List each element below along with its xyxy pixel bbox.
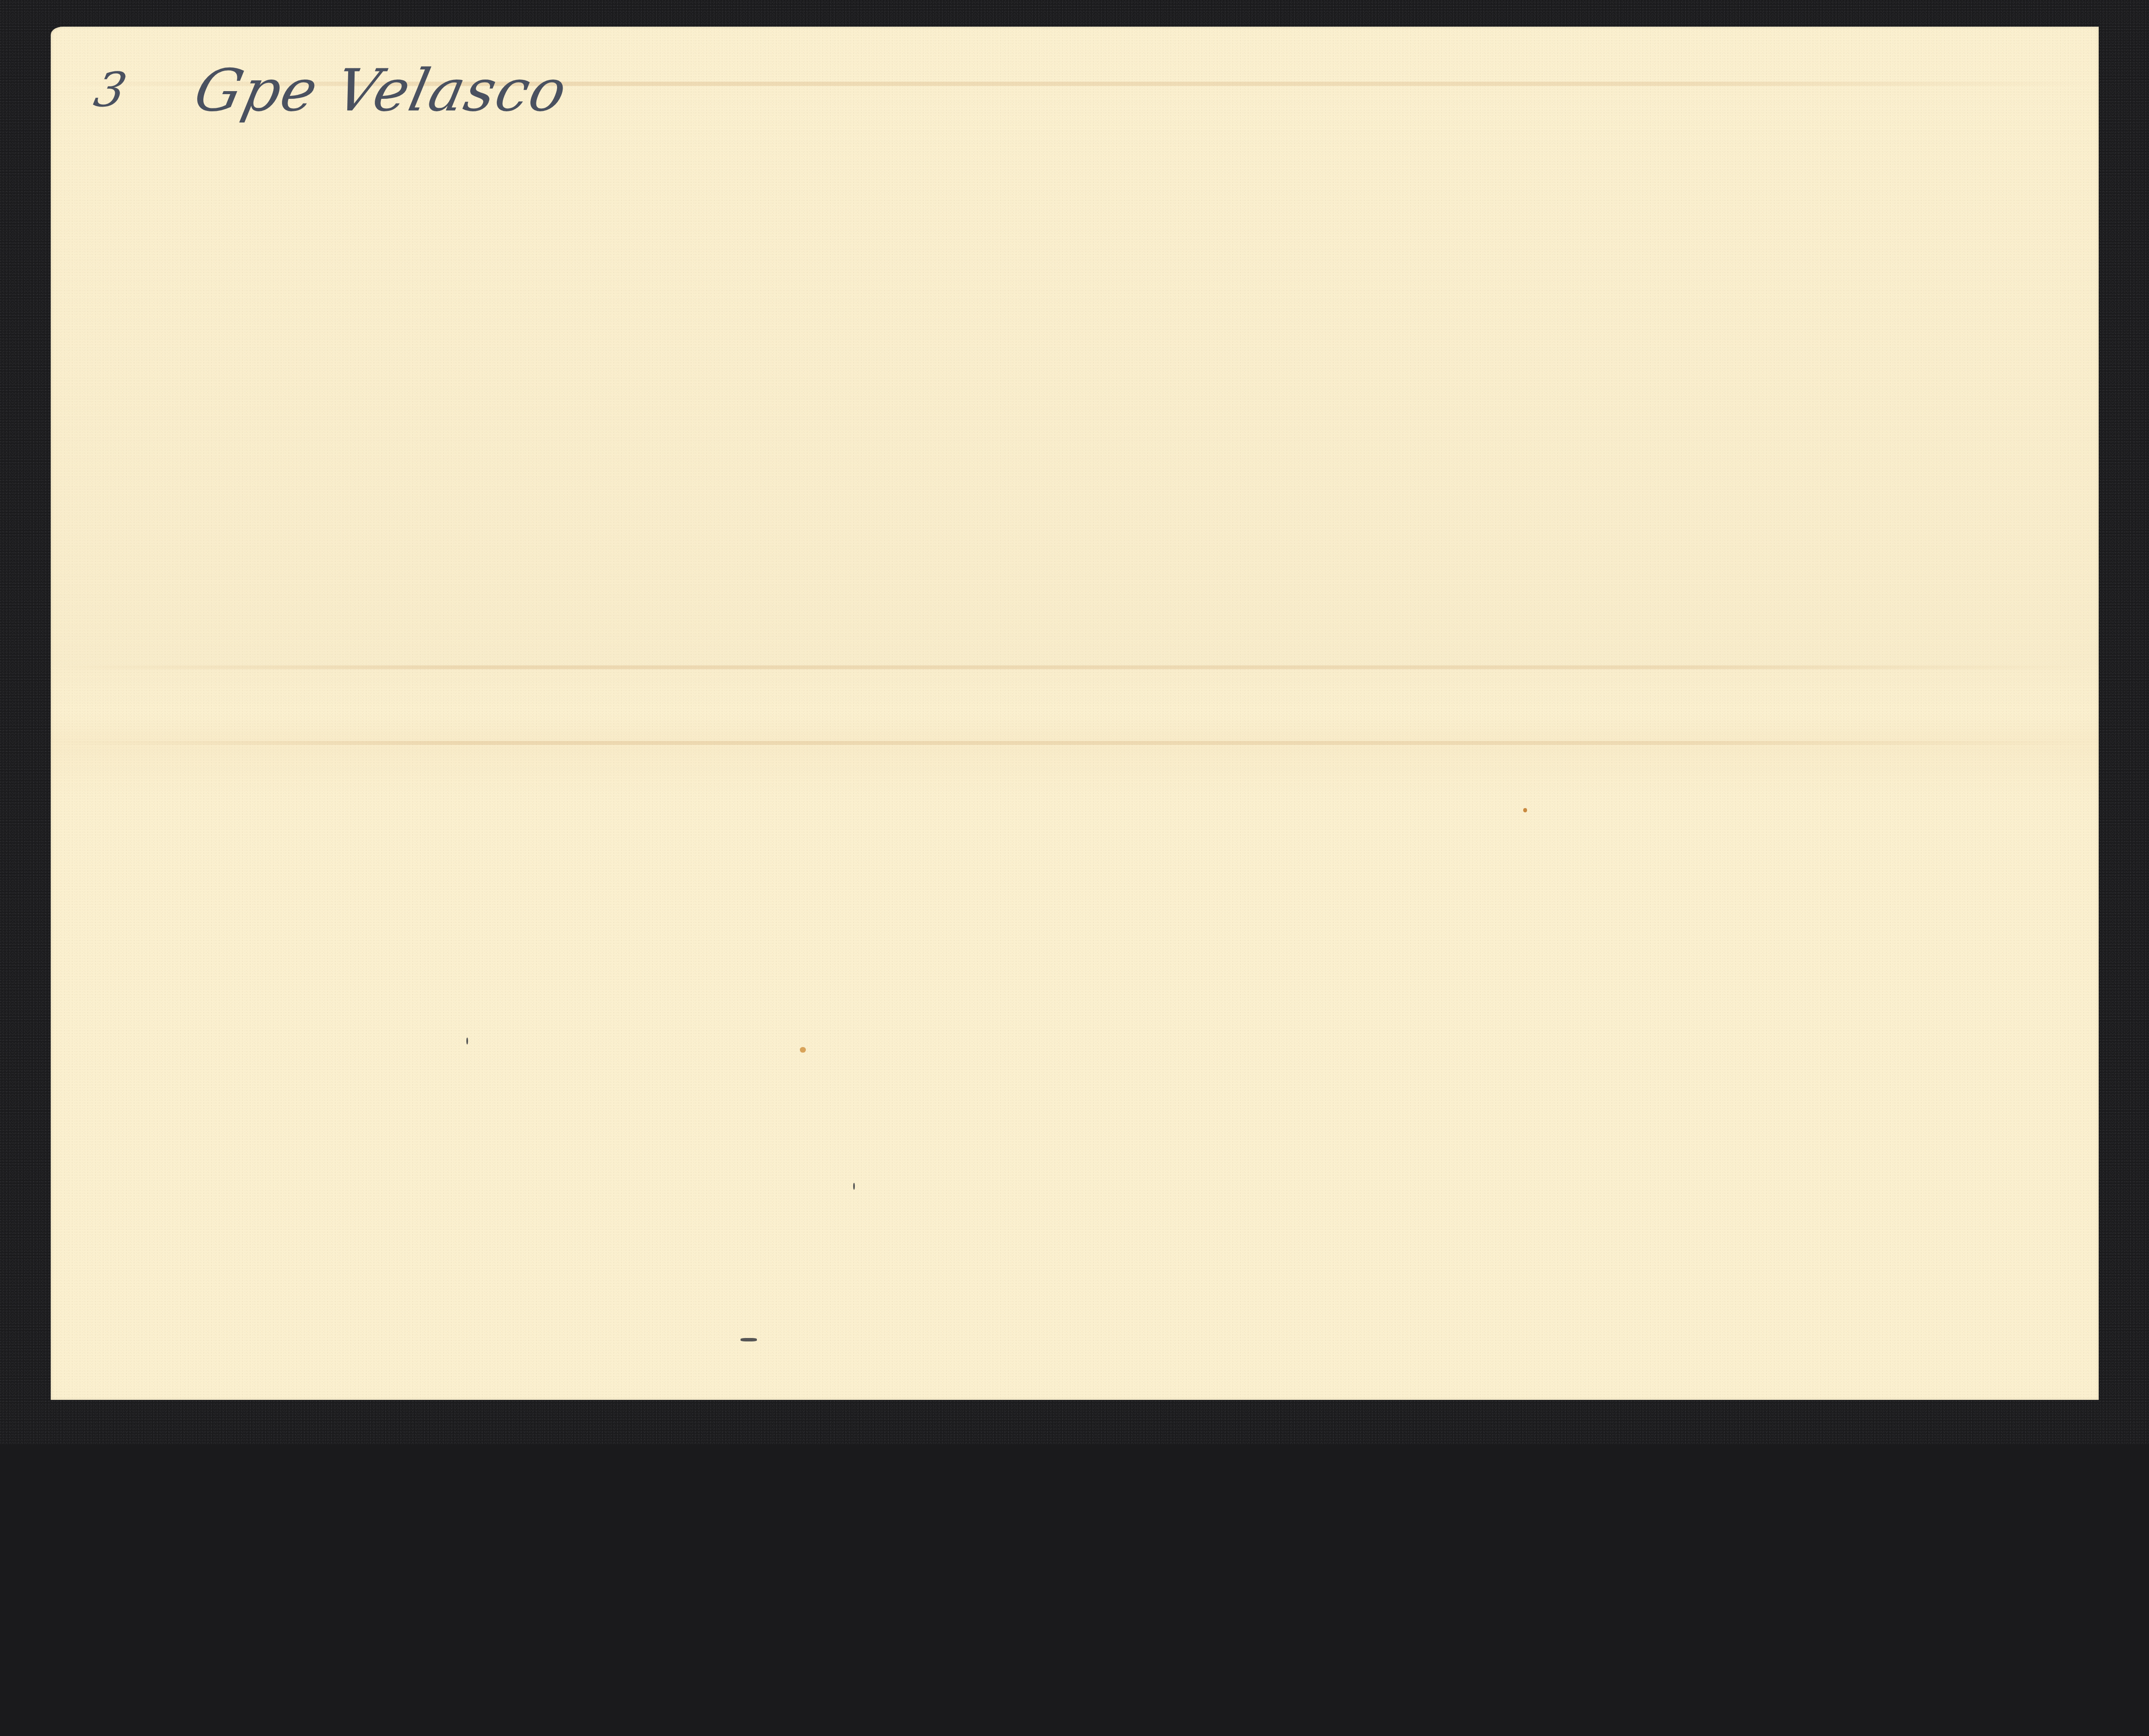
card-back: 3 Gpe Velasco <box>51 27 2099 1400</box>
mark-spot <box>466 1038 468 1044</box>
scan-background: 3 Gpe Velasco <box>0 0 2149 1444</box>
handwritten-number: 3 <box>90 62 132 117</box>
stain-spot <box>1523 808 1528 812</box>
paper-crease <box>51 741 2099 745</box>
stain-spot <box>800 1047 805 1053</box>
mark-spot <box>853 1183 855 1190</box>
paper-crease <box>51 665 2099 670</box>
mark-spot <box>741 1338 757 1341</box>
handwritten-name: Gpe Velasco <box>189 57 573 124</box>
